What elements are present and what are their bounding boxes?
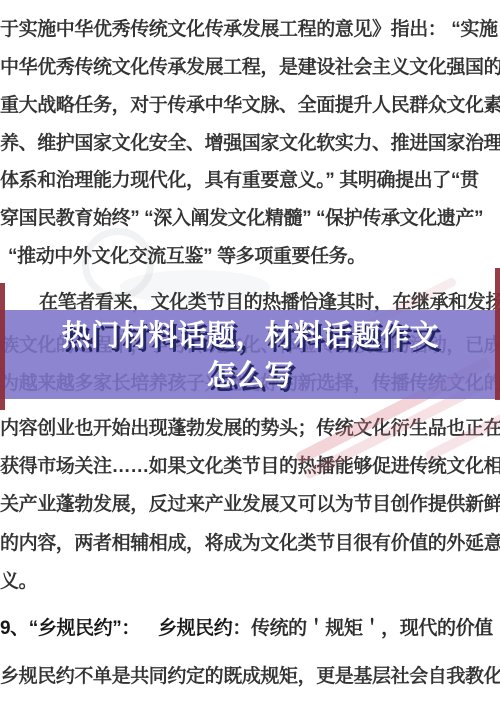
heading-number: 9、“乡规民约”：	[0, 618, 140, 639]
text-line: 重大战略任务，对于传承中华文脉、全面提升人民群众文化素	[0, 90, 500, 117]
section-heading: 9、“乡规民约”：乡规民约：传统的＇规矩＇，现代的价值	[0, 613, 493, 640]
heading-subtitle: ：传统的＇规矩＇，现代的价值	[232, 618, 492, 639]
text-line: 体系和治理能力现代化，具有重要意义。” 其明确提出了“贯	[0, 165, 479, 192]
text-line: 于实施中华优秀传统文化传承发展工程的意见》指出： “实施	[0, 14, 498, 41]
text-line: 乡规民约不单是共同约定的既成规矩，更是基层社会自我教化	[0, 661, 500, 688]
text-line: 穿国民教育始终” “深入阐发文化精髓” “保护传承文化遗产”	[0, 203, 483, 230]
text-line: 关产业蓬勃发展，反过来产业发展又可以为节目创作提供新鲜	[0, 489, 500, 516]
red-stamp-edge-left	[0, 283, 5, 410]
headline-line2: 怎么写	[0, 353, 500, 394]
text-line: 养、维护国家文化安全、增强国家文化软实力、推进国家治理	[0, 128, 500, 155]
article-page: 于实施中华优秀传统文化传承发展工程的意见》指出： “实施 中华优秀传统文化传承发…	[0, 0, 500, 706]
text-line: 义。	[0, 566, 37, 593]
headline-line1: 热门材料话题，材料话题作文	[0, 313, 500, 354]
text-line: “推动中外文化交流互鉴” 等多项重要任务。	[8, 241, 366, 268]
text-line: 中华优秀传统文化传承发展工程，是建设社会主义文化强国的	[0, 52, 500, 79]
red-stamp-edge-right	[495, 268, 500, 400]
heading-term: 乡规民约	[158, 618, 232, 639]
text-line: 的内容，两者相辅相成，将成为文化类节目很有价值的外延意	[0, 528, 500, 555]
